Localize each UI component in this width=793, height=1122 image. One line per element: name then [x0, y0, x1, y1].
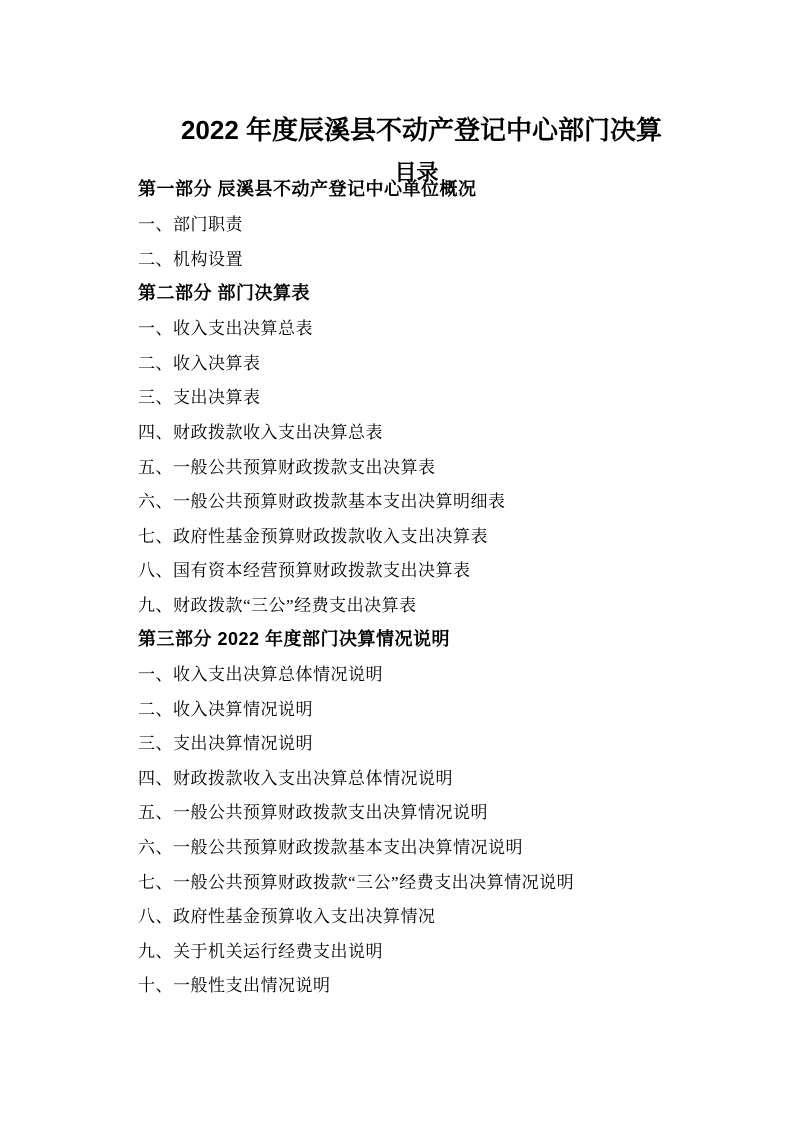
toc-item: 六、一般公共预算财政拨款基本支出决算明细表: [138, 482, 763, 517]
toc-item: 八、政府性基金预算收入支出决算情况: [138, 897, 763, 932]
table-of-contents: 第一部分 辰溪县不动产登记中心单位概况 一、部门职责 二、机构设置 第二部分 部…: [138, 171, 763, 1001]
toc-item: 二、收入决算表: [138, 344, 763, 379]
toc-item: 九、关于机关运行经费支出说明: [138, 932, 763, 967]
toc-item: 八、国有资本经营预算财政拨款支出决算表: [138, 552, 763, 587]
toc-item: 三、支出决算表: [138, 379, 763, 414]
toc-item: 三、支出决算情况说明: [138, 725, 763, 760]
toc-item: 二、机构设置: [138, 240, 763, 275]
toc-item: 二、收入决算情况说明: [138, 690, 763, 725]
section-heading-part3: 第三部分 2022 年度部门决算情况说明: [138, 621, 763, 656]
toc-item: 十、一般性支出情况说明: [138, 967, 763, 1002]
toc-item: 六、一般公共预算财政拨款基本支出决算情况说明: [138, 828, 763, 863]
toc-item: 一、收入支出决算总体情况说明: [138, 655, 763, 690]
toc-item: 一、收入支出决算总表: [138, 309, 763, 344]
page-title: 2022 年度辰溪县不动产登记中心部门决算: [0, 115, 793, 145]
toc-item: 五、一般公共预算财政拨款支出决算表: [138, 448, 763, 483]
document-page: 2022 年度辰溪县不动产登记中心部门决算 目录 第一部分 辰溪县不动产登记中心…: [0, 0, 793, 1122]
toc-item: 七、政府性基金预算财政拨款收入支出决算表: [138, 517, 763, 552]
toc-item: 七、一般公共预算财政拨款“三公”经费支出决算情况说明: [138, 863, 763, 898]
toc-item: 五、一般公共预算财政拨款支出决算情况说明: [138, 794, 763, 829]
toc-item: 一、部门职责: [138, 206, 763, 241]
section-heading-part2: 第二部分 部门决算表: [138, 275, 763, 310]
section-heading-part1: 第一部分 辰溪县不动产登记中心单位概况: [138, 171, 763, 206]
toc-item: 四、财政拨款收入支出决算总表: [138, 413, 763, 448]
toc-item: 九、财政拨款“三公”经费支出决算表: [138, 586, 763, 621]
toc-item: 四、财政拨款收入支出决算总体情况说明: [138, 759, 763, 794]
